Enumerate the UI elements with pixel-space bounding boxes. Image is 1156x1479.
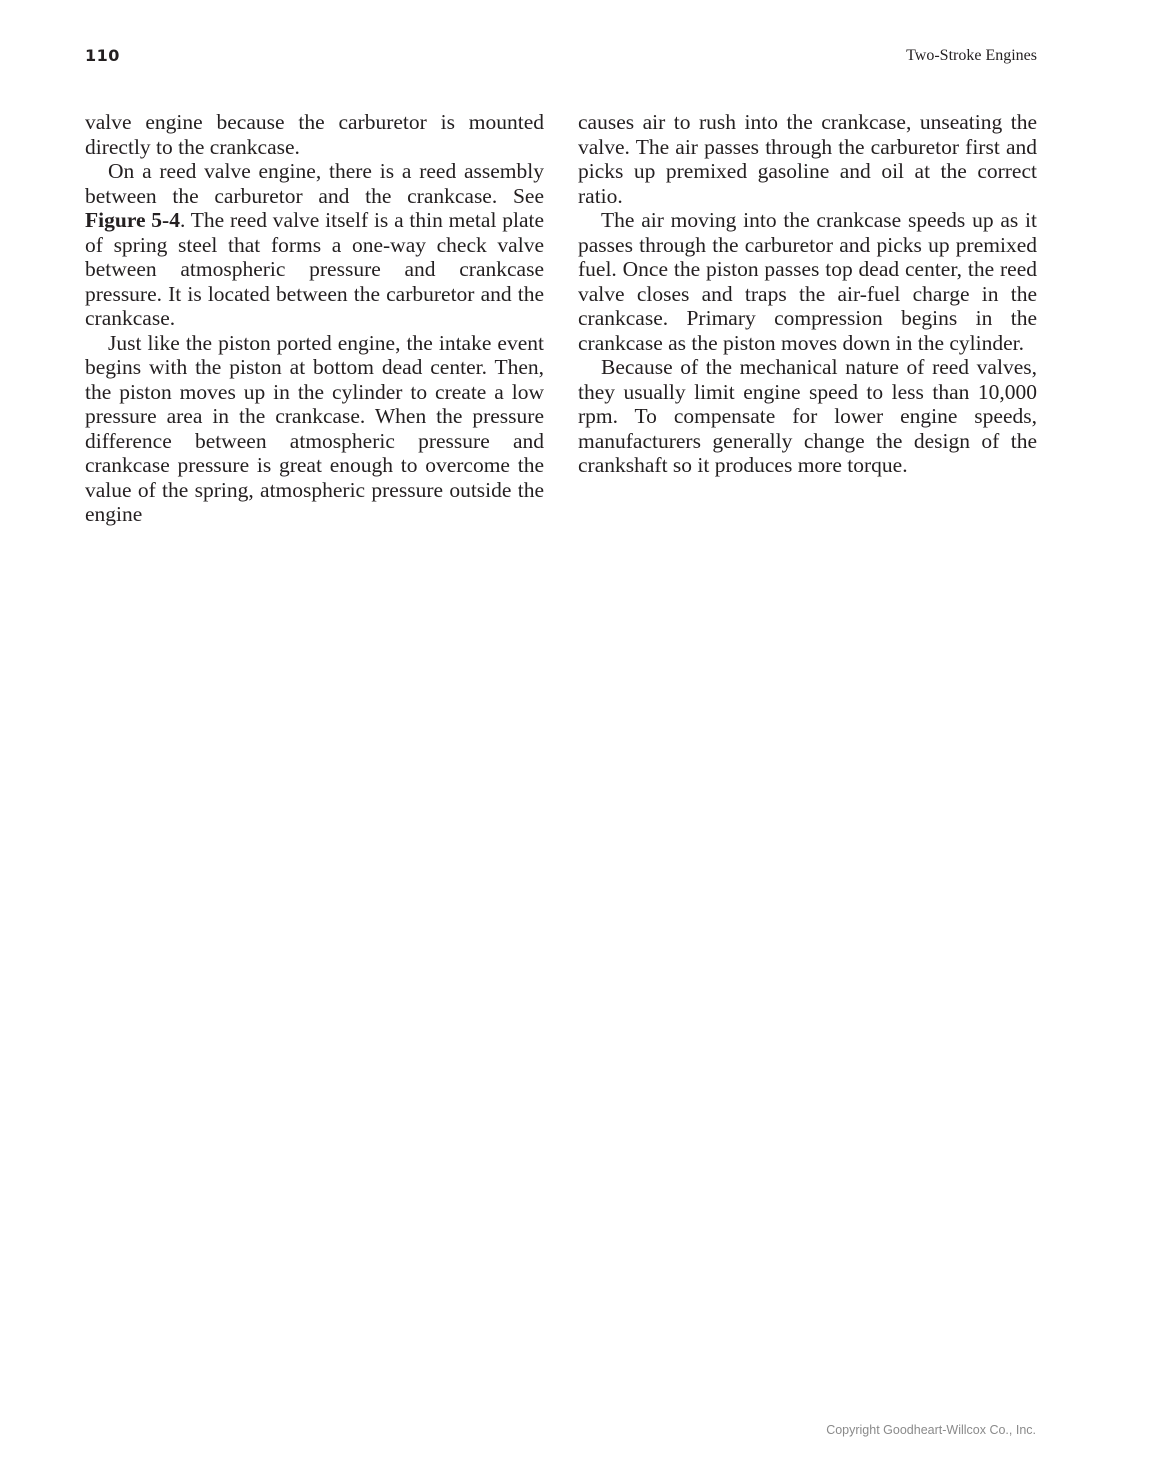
paragraph: Because of the mechanical nature of reed… [578, 355, 1037, 478]
paragraph: valve engine because the carburetor is m… [85, 110, 544, 159]
running-head: Two-Stroke Engines [906, 47, 1037, 65]
paragraph: Just like the piston ported engine, the … [85, 331, 544, 527]
left-column: valve engine because the carburetor is m… [85, 110, 544, 527]
copyright-notice: Copyright Goodheart-Willcox Co., Inc. [826, 1423, 1036, 1437]
paragraph-text: On a reed valve engine, there is a reed … [85, 159, 544, 208]
paragraph: On a reed valve engine, there is a reed … [85, 159, 544, 331]
figure-reference: Figure 5-4 [85, 208, 180, 232]
page-number: 110 [85, 46, 120, 65]
paragraph: The air moving into the crankcase speeds… [578, 208, 1037, 355]
paragraph: causes air to rush into the crankcase, u… [578, 110, 1037, 208]
right-column: causes air to rush into the crankcase, u… [578, 110, 1037, 478]
